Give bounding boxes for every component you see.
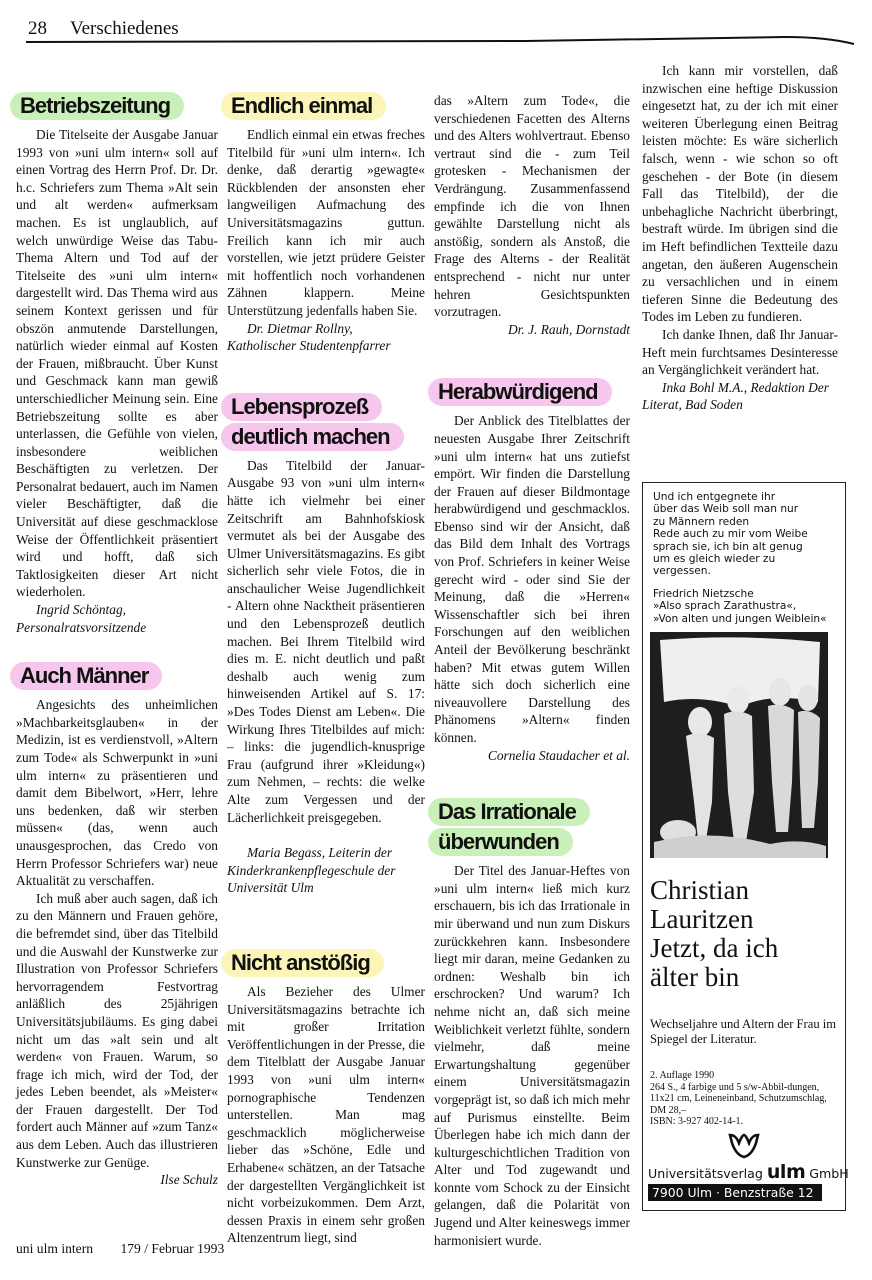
painting-figures-icon [650,632,828,858]
letter-paragraph: Ich kann mir vorstellen, daß inzwischen … [642,62,838,326]
column-4: Ich kann mir vorstellen, daß inzwischen … [642,62,838,414]
letter-paragraph: Die Titelseite der Ausgabe Januar 1993 v… [16,126,218,601]
letter-paragraph: Ich danke Ihnen, daß Ihr Januar-Heft mei… [642,326,838,379]
publisher-logo-icon [728,1133,760,1159]
book-title-line: älter bin [650,963,840,992]
book-subtitle: Wechseljahre und Altern der Frau im Spie… [650,1017,840,1047]
book-title: Christian Lauritzen Jetzt, da ich älter … [650,876,840,992]
book-details: 2. Auflage 1990 264 S., 4 farbige und 5 … [650,1070,830,1128]
letter-signature: Cornelia Staudacher et al. [434,747,630,765]
book-specs: 264 S., 4 farbige und 5 s/w-Abbil-dungen… [650,1082,830,1117]
letter-paragraph: Endlich einmal ein etwas freches Titelbi… [227,126,425,320]
letter-lebensprozess: Lebensprozeß deutlich machen [227,393,425,451]
letter-herabwuerdigend: Herabwürdigend [434,378,630,406]
letter-paragraph: Das Titelbild der Januar-Ausgabe 93 von … [227,457,425,826]
quote-author: Friedrich Nietzsche [653,588,835,600]
letter-signature: Dr. J. Rauh, Dornstadt [434,321,630,339]
publication-name: uni ulm intern [16,1241,93,1256]
header-rule [26,36,856,50]
letter-paragraph: Der Titel des Januar-Heftes von »uni ulm… [434,862,630,1249]
column-1: Betriebszeitung Die Titelseite der Ausga… [16,92,218,1189]
quote-line: Und ich entgegnete ihr [653,491,835,503]
headline-line-2: deutlich machen [221,423,404,451]
page-footer: uni ulm intern 179 / Februar 1993 [16,1241,224,1257]
page-header: 28 Verschiedenes [28,16,848,46]
issue-number: 179 / Februar 1993 [120,1241,224,1256]
book-title-line: Jetzt, da ich [650,934,840,963]
book-author-first: Christian [650,876,840,905]
letter-nicht-anstoessig: Nicht anstößig [227,949,425,977]
quote-line: über das Weib soll man nur [653,503,835,515]
book-edition: 2. Auflage 1990 [650,1070,830,1082]
column-2: Endlich einmal Endlich einmal ein etwas … [227,92,425,1247]
letter-auch-maenner: Auch Männer [16,662,218,690]
column-3: das »Altern zum Tode«, die verschiedenen… [434,92,630,1249]
letter-paragraph: Als Bezieher des Ulmer Universitätsmagaz… [227,983,425,1247]
painting-image [650,632,828,858]
letter-signature: Maria Begass, Leiterin der Kinderkranken… [227,844,425,897]
book-author-last: Lauritzen [650,905,840,934]
headline: Endlich einmal [221,92,386,120]
letter-signature: Ingrid Schöntag, Personalratsvorsitzende [16,601,218,636]
letter-das-irrationale: Das Irrationale überwunden [434,798,630,856]
headline: Herabwürdigend [428,378,612,406]
publisher-brand: ulm [767,1161,805,1183]
headline-line-2: überwunden [428,828,573,856]
quote-source: »Also sprach Zarathustra«, [653,600,835,612]
headline-line-1: Das Irrationale [428,798,590,826]
nietzsche-quote-box: Und ich entgegnete ihr über das Weib sol… [642,482,846,621]
publisher-name: Universitätsverlag ulm GmbH [648,1161,843,1183]
quote-line: Rede auch zu mir vom Weibe [653,528,835,540]
letter-signature: Ilse Schulz [16,1171,218,1189]
letter-betriebszeitung: Betriebszeitung [16,92,218,120]
quote-line: um es gleich wieder zu vergessen. [653,553,835,578]
quote-line: sprach sie, ich bin alt genug [653,541,835,553]
quote-line: zu Männern reden [653,516,835,528]
letter-paragraph: Angesichts des unheimlichen »Machbarkeit… [16,696,218,890]
headline-line-1: Lebensprozeß [221,393,382,421]
headline: Nicht anstößig [221,949,384,977]
letter-paragraph: Der Anblick des Titelblattes der neueste… [434,412,630,746]
letter-paragraph-continued: das »Altern zum Tode«, die verschiedenen… [434,92,630,321]
headline: Betriebszeitung [10,92,184,120]
letter-endlich-einmal: Endlich einmal [227,92,425,120]
book-isbn: ISBN: 3-927 402-14-1. [650,1116,830,1128]
letter-signature: Inka Bohl M.A., Redaktion Der Literat, B… [642,379,838,414]
letter-paragraph: Ich muß aber auch sagen, daß ich zu den … [16,890,218,1172]
letter-signature: Dr. Dietmar Rollny, Katholischer Student… [227,320,425,355]
headline: Auch Männer [10,662,162,690]
publisher-address: 7900 Ulm · Benzstraße 12 [648,1184,822,1201]
